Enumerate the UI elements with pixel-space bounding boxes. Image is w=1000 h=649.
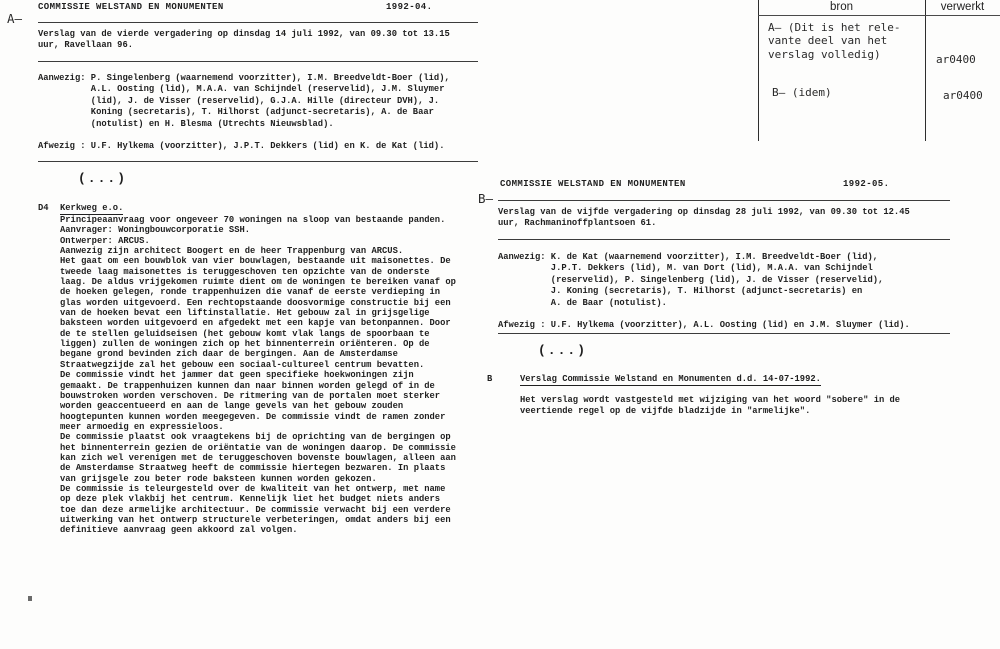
text-line: gemaakt. De trappenhuizen kunnen dan naa… bbox=[60, 381, 456, 391]
text-line: Straatwegzijde zal het gebouw een sociaa… bbox=[60, 360, 456, 370]
meeting-intro: Verslag van de vierde vergadering op din… bbox=[38, 29, 450, 52]
text-line: vante deel van het bbox=[768, 34, 900, 47]
text-line: (reservelid), P. Singelenberg (lid), J. … bbox=[498, 275, 910, 286]
text-line: De commissie plaatst ook vraagtekens bij… bbox=[60, 432, 456, 442]
page-number-code: 1992-04. bbox=[386, 2, 432, 12]
text-line: J.P.T. Dekkers (lid), M. van Dort (lid),… bbox=[498, 263, 910, 274]
column-header-verwerkt: verwerkt bbox=[925, 1, 1000, 13]
attendance-list: Aanwezig: K. de Kat (waarnemend voorzitt… bbox=[498, 252, 910, 332]
divider-rule bbox=[498, 200, 950, 201]
text-line: Aanwezig: P. Singelenberg (waarnemend vo… bbox=[38, 73, 450, 84]
text-line: veertiende regel op de vijfde bladzijde … bbox=[520, 406, 900, 417]
text-line bbox=[38, 130, 450, 141]
omission-ellipsis: (...) bbox=[78, 171, 127, 186]
meeting-intro: Verslag van de vijfde vergadering op din… bbox=[498, 207, 910, 230]
text-line: (lid), J. de Visser (reservelid), G.J.A.… bbox=[38, 96, 450, 107]
text-line: Het verslag wordt vastgesteld met wijzig… bbox=[520, 395, 900, 406]
text-line: A.L. Oosting (lid), M.A.A. van Schijndel… bbox=[38, 84, 450, 95]
text-line: De commissie vindt het jammer dat geen s… bbox=[60, 370, 456, 380]
margin-marker-b: B— bbox=[478, 191, 493, 206]
divider-rule bbox=[38, 161, 478, 162]
margin-marker-a: A— bbox=[7, 11, 22, 26]
table-border-left bbox=[758, 0, 759, 141]
scan-artifact-speck bbox=[28, 596, 32, 601]
text-line: liggen) zullen de woningen zich op het b… bbox=[60, 339, 456, 349]
divider-rule bbox=[38, 22, 478, 23]
table-row-verwerkt-b: ar0400 bbox=[943, 89, 983, 102]
text-line: verslag volledig) bbox=[768, 48, 900, 61]
text-line: B— (idem) bbox=[772, 86, 832, 99]
text-line: (notulist) en H. Blesma (Utrechts Nieuws… bbox=[38, 119, 450, 130]
text-line bbox=[498, 309, 910, 320]
column-header-bron: bron bbox=[758, 1, 925, 13]
text-line: bouwstroken worden verschoven. De ritmer… bbox=[60, 391, 456, 401]
text-line: de te stellen geluidseisen (het gebouw k… bbox=[60, 329, 456, 339]
section-title: Kerkweg e.o. bbox=[60, 203, 123, 215]
divider-rule bbox=[498, 333, 950, 334]
section-title: Verslag Commissie Welstand en Monumenten… bbox=[520, 374, 821, 386]
text-line: van grijsgele zou beter rode baksteen ku… bbox=[60, 474, 456, 484]
text-line: J. Koning (secretaris), T. Hilhorst (adj… bbox=[498, 286, 910, 297]
section-body: Principeaanvraag voor ongeveer 70 woning… bbox=[60, 215, 456, 536]
omission-ellipsis: (...) bbox=[538, 343, 587, 358]
table-header-rule bbox=[758, 15, 1000, 16]
text-line: A. de Baar (notulist). bbox=[498, 298, 910, 309]
table-row-bron-a: A— (Dit is het rele-vante deel van hetve… bbox=[768, 21, 900, 61]
attendance-list: Aanwezig: P. Singelenberg (waarnemend vo… bbox=[38, 73, 450, 153]
text-line: A— (Dit is het rele- bbox=[768, 21, 900, 34]
text-line: worden geaccentueerd en aan de lange gev… bbox=[60, 401, 456, 411]
text-line: Het gaat om een bouwblok van vier bouwla… bbox=[60, 256, 456, 266]
text-line: de Amsterdamse Straatweg heeft de commis… bbox=[60, 463, 456, 473]
page-number-code: 1992-05. bbox=[843, 179, 889, 189]
text-line: uur, Ravellaan 96. bbox=[38, 40, 450, 51]
text-line: kan zich wel verenigen met de teruggesch… bbox=[60, 453, 456, 463]
text-line: meer armoedig en expressieloos. bbox=[60, 422, 456, 432]
text-line: van de hoeken bevat een liftinstallatie.… bbox=[60, 308, 456, 318]
text-line: Aanwezig: K. de Kat (waarnemend voorzitt… bbox=[498, 252, 910, 263]
scanned-archive-sheet: COMMISSIE WELSTAND EN MONUMENTEN 1992-04… bbox=[0, 0, 1000, 649]
text-line: Koning (secretaris), T. Hilhorst (adjunc… bbox=[38, 107, 450, 118]
text-line: hoogtepunten kunnen worden meegegeven. D… bbox=[60, 412, 456, 422]
text-line: definitieve aanvraag geen akkoord zal vo… bbox=[60, 525, 456, 535]
text-line: Ontwerper: ARCUS. bbox=[60, 236, 456, 246]
text-line: de hoeken gelegen, ronde trappenhuizen d… bbox=[60, 287, 456, 297]
table-column-divider bbox=[925, 0, 926, 141]
text-line: toe dan deze armelijke architectuur. De … bbox=[60, 505, 456, 515]
text-line: begane grond bevinden zich daar de bergi… bbox=[60, 349, 456, 359]
text-line: uur, Rachmaninoffplantsoen 61. bbox=[498, 218, 910, 229]
divider-rule bbox=[498, 239, 950, 240]
text-line: Aanvrager: Woningbouwcorporatie SSH. bbox=[60, 225, 456, 235]
text-line: tweede laag maisonettes is teruggeschove… bbox=[60, 267, 456, 277]
text-line: Aanwezig zijn architect Boogert en de he… bbox=[60, 246, 456, 256]
text-line: laag. De aldus vrijgekomen ruimte dient … bbox=[60, 277, 456, 287]
text-line: op deze plek vlakbij het centrum. Kennel… bbox=[60, 494, 456, 504]
text-line: De commissie is teleurgesteld over de kw… bbox=[60, 484, 456, 494]
text-line: glas worden uitgevoerd. Een rechtopstaan… bbox=[60, 298, 456, 308]
table-row-bron-b: B— (idem) bbox=[772, 86, 832, 99]
text-line: Principeaanvraag voor ongeveer 70 woning… bbox=[60, 215, 456, 225]
text-line: Verslag van de vijfde vergadering op din… bbox=[498, 207, 910, 218]
text-line: het binnenterrein gezien de oriëntatie v… bbox=[60, 443, 456, 453]
section-body: Het verslag wordt vastgesteld met wijzig… bbox=[520, 395, 900, 417]
page-title: COMMISSIE WELSTAND EN MONUMENTEN bbox=[38, 2, 224, 12]
text-line: Afwezig : U.F. Hylkema (voorzitter), J.P… bbox=[38, 141, 450, 152]
section-id: B bbox=[487, 374, 492, 384]
page-title: COMMISSIE WELSTAND EN MONUMENTEN bbox=[500, 179, 686, 189]
divider-rule bbox=[38, 61, 478, 62]
text-line: uitwerking van het ontwerp structurele v… bbox=[60, 515, 456, 525]
table-row-verwerkt-a: ar0400 bbox=[936, 53, 976, 66]
section-id: D4 bbox=[38, 203, 49, 213]
text-line: baksteen worden uitgevoerd en afgedekt m… bbox=[60, 318, 456, 328]
text-line: Afwezig : U.F. Hylkema (voorzitter), A.L… bbox=[498, 320, 910, 331]
text-line: Verslag van de vierde vergadering op din… bbox=[38, 29, 450, 40]
